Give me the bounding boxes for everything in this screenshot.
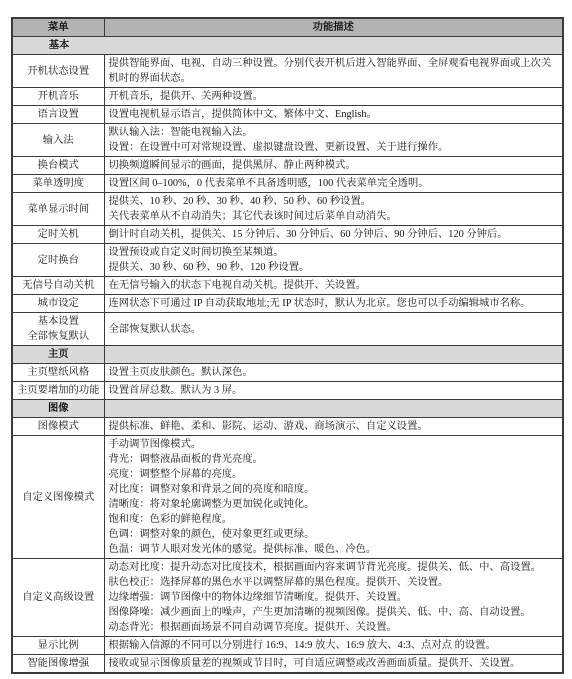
table-body: 基本开机状态设置提供智能界面、电视、自动三种设置。分别代表开机后进入智能界面、全… — [12, 37, 563, 674]
menu-label: 智能图像增强 — [17, 656, 100, 671]
desc-cell: 提供智能界面、电视、自动三种设置。分别代表开机后进入智能界面、全屏观看电视界面或… — [104, 55, 563, 88]
desc-cell: 倒计时自动关机，提供关、15 分钟后、30 分钟后、60 分钟后、90 分钟后、… — [104, 226, 563, 244]
menu-label: 主页要增加的功能 — [17, 383, 100, 398]
desc-line: 开机音乐，提供开、关两种设置。 — [109, 89, 559, 104]
menu-cell: 城市设定 — [12, 295, 104, 313]
desc-cell: 提供关、10 秒、20 秒、30 秒、40 秒、50 秒、60 秒设置。关代表菜… — [104, 193, 563, 226]
desc-cell: 动态对比度：提升动态对比度技术，根据画面内容来调节背光亮度。提供关、低、中、高设… — [104, 559, 563, 637]
desc-line: 默认输入法：智能电视输入法。 — [109, 125, 559, 140]
desc-line: 关代表菜单从不自动消失；其它代表该时间过后菜单自动消失。 — [109, 209, 559, 224]
desc-line: 提供智能界面、电视、自动三种设置。分别代表开机后进入智能界面、全屏观看电视界面或… — [109, 56, 559, 86]
desc-line: 边缘增强：调节图像中的物体边缘细节清晰度。提供开、关设置。 — [109, 590, 559, 605]
section-cell: 基本 — [12, 37, 563, 55]
table-row: 主页要增加的功能设置首屏总数。默认为 3 屏。 — [12, 382, 563, 400]
menu-label: 城市设定 — [17, 296, 100, 311]
table-row: 菜单显示时间提供关、10 秒、20 秒、30 秒、40 秒、50 秒、60 秒设… — [12, 193, 563, 226]
table-row: 开机状态设置提供智能界面、电视、自动三种设置。分别代表开机后进入智能界面、全屏观… — [12, 55, 563, 88]
section-empty-cell — [104, 400, 563, 418]
menu-cell: 定时关机 — [12, 226, 104, 244]
menu-cell: 开机音乐 — [12, 88, 104, 106]
table-row: 主页壁纸风格设置主页皮肤颜色。默认深色。 — [12, 364, 563, 382]
table-row: 自定义图像模式手动调节图像模式。背光：调整液晶面板的背光亮度。亮度：调整整个屏幕… — [12, 436, 563, 559]
manual-page: 菜单 功能描述 基本开机状态设置提供智能界面、电视、自动三种设置。分别代表开机后… — [11, 17, 564, 674]
desc-cell: 设置区间 0–100%，0 代表菜单不具备透明感，100 代表菜单完全透明。 — [104, 175, 563, 193]
desc-line: 对比度：调整对象和背景之间的亮度和暗度。 — [109, 482, 559, 497]
desc-line: 在无信号输入的状态下电视自动关机。提供开、关设置。 — [109, 278, 559, 293]
table-row: 智能图像增强接收或显示图像质量差的视频或节目时，可自适应调整或改善画面质量。提供… — [12, 655, 563, 674]
menu-cell: 定时换台 — [12, 244, 104, 277]
table-row: 显示比例根据输入信源的不同可以分别进行 16:9、14:9 放大、16:9 放大… — [12, 637, 563, 655]
desc-line: 设置电视机显示语言，提供简体中文、繁体中文、English。 — [109, 107, 559, 122]
menu-label: 开机音乐 — [17, 89, 100, 104]
menu-cell: 输入法 — [12, 124, 104, 157]
table-row: 定时关机倒计时自动关机，提供关、15 分钟后、30 分钟后、60 分钟后、90 … — [12, 226, 563, 244]
menu-label: 自定义高级设置 — [17, 590, 100, 605]
table-row: 输入法默认输入法：智能电视输入法。设置：在设置中可对常规设置、虚拟键盘设置、更新… — [12, 124, 563, 157]
menu-label: 全部恢复默认 — [17, 329, 100, 344]
desc-cell: 设置首屏总数。默认为 3 屏。 — [104, 382, 563, 400]
menu-label: 自定义图像模式 — [17, 490, 100, 505]
desc-cell: 设置主页皮肤颜色。默认深色。 — [104, 364, 563, 382]
desc-line: 倒计时自动关机，提供关、15 分钟后、30 分钟后、60 分钟后、90 分钟后、… — [109, 227, 559, 242]
table-header-row: 菜单 功能描述 — [12, 18, 563, 37]
menu-label: 定时关机 — [17, 227, 100, 242]
desc-line: 设置首屏总数。默认为 3 屏。 — [109, 383, 559, 398]
menu-cell: 换台模式 — [12, 157, 104, 175]
menu-cell: 主页要增加的功能 — [12, 382, 104, 400]
desc-line: 设置区间 0–100%，0 代表菜单不具备透明感，100 代表菜单完全透明。 — [109, 176, 559, 191]
table-row: 菜单透明度设置区间 0–100%，0 代表菜单不具备透明感，100 代表菜单完全… — [12, 175, 563, 193]
menu-label: 菜单显示时间 — [17, 202, 100, 217]
menu-label: 主页壁纸风格 — [17, 365, 100, 380]
section-title: 基本 — [13, 38, 105, 53]
menu-cell: 自定义图像模式 — [12, 436, 104, 559]
menu-label: 无信号自动关机 — [17, 278, 100, 293]
menu-label: 菜单透明度 — [17, 176, 100, 191]
desc-line: 设置预设或自定义时间切换至某频道。 — [109, 245, 559, 260]
desc-line: 亮度：调整整个屏幕的亮度。 — [109, 467, 559, 482]
desc-line: 提供关、30 秒、60 秒、90 秒、120 秒设置。 — [109, 260, 559, 275]
section-row: 图像 — [12, 400, 563, 418]
menu-label: 换台模式 — [17, 158, 100, 173]
menu-label: 语言设置 — [17, 107, 100, 122]
section-empty-cell — [104, 346, 563, 364]
desc-line: 清晰度：将对象轮廓调整为更加锐化或钝化。 — [109, 497, 559, 512]
table-row: 自定义高级设置动态对比度：提升动态对比度技术，根据画面内容来调节背光亮度。提供关… — [12, 559, 563, 637]
menu-cell: 无信号自动关机 — [12, 277, 104, 295]
desc-cell: 切换频道瞬间显示的画面，提供黑屏、静止两种模式。 — [104, 157, 563, 175]
table-row: 定时换台设置预设或自定义时间切换至某频道。提供关、30 秒、60 秒、90 秒、… — [12, 244, 563, 277]
desc-line: 动态背光：根据画面场景不同自动调节亮度。提供开、关设置。 — [109, 620, 559, 635]
desc-line: 图像降噪：减少画面上的噪声，产生更加清晰的视频图像。提供关、低、中、高、自动设置… — [109, 605, 559, 620]
section-title: 主页 — [12, 346, 104, 364]
table-row: 城市设定连网状态下可通过 IP 自动获取地址;无 IP 状态时，默认为北京。您也… — [12, 295, 563, 313]
desc-cell: 接收或显示图像质量差的视频或节目时，可自适应调整或改善画面质量。提供开、关设置。 — [104, 655, 563, 674]
menu-label: 输入法 — [17, 133, 100, 148]
menu-cell: 图像模式 — [12, 418, 104, 436]
menu-cell: 开机状态设置 — [12, 55, 104, 88]
table-row: 无信号自动关机在无信号输入的状态下电视自动关机。提供开、关设置。 — [12, 277, 563, 295]
desc-cell: 开机音乐，提供开、关两种设置。 — [104, 88, 563, 106]
menu-label: 显示比例 — [17, 638, 100, 653]
settings-table: 菜单 功能描述 基本开机状态设置提供智能界面、电视、自动三种设置。分别代表开机后… — [11, 17, 564, 674]
desc-line: 饱和度：色彩的鲜艳程度。 — [109, 512, 559, 527]
table-row: 开机音乐开机音乐，提供开、关两种设置。 — [12, 88, 563, 106]
menu-cell: 智能图像增强 — [12, 655, 104, 674]
menu-cell: 基本设置全部恢复默认 — [12, 313, 104, 346]
menu-cell: 主页壁纸风格 — [12, 364, 104, 382]
desc-cell: 在无信号输入的状态下电视自动关机。提供开、关设置。 — [104, 277, 563, 295]
desc-cell: 设置预设或自定义时间切换至某频道。提供关、30 秒、60 秒、90 秒、120 … — [104, 244, 563, 277]
menu-label: 图像模式 — [17, 419, 100, 434]
menu-cell: 菜单透明度 — [12, 175, 104, 193]
desc-line: 手动调节图像模式。 — [109, 437, 559, 452]
desc-cell: 提供标准、鲜艳、柔和、影院、运动、游戏、商场演示、自定义设置。 — [104, 418, 563, 436]
desc-line: 设置主页皮肤颜色。默认深色。 — [109, 365, 559, 380]
header-menu-column: 菜单 — [12, 18, 104, 37]
menu-cell: 显示比例 — [12, 637, 104, 655]
table-row: 图像模式提供标准、鲜艳、柔和、影院、运动、游戏、商场演示、自定义设置。 — [12, 418, 563, 436]
desc-cell: 根据输入信源的不同可以分别进行 16:9、14:9 放大、16:9 放大、4:3… — [104, 637, 563, 655]
desc-line: 动态对比度：提升动态对比度技术，根据画面内容来调节背光亮度。提供关、低、中、高设… — [109, 560, 559, 575]
desc-cell: 手动调节图像模式。背光：调整液晶面板的背光亮度。亮度：调整整个屏幕的亮度。对比度… — [104, 436, 563, 559]
desc-line: 肤色校正：选择屏幕的黑色水平以调整屏幕的黑色程度。提供开、关设置。 — [109, 575, 559, 590]
desc-line: 色调：调整对象的颜色，使对象更红或更绿。 — [109, 527, 559, 542]
header-description-column: 功能描述 — [104, 18, 563, 37]
section-title: 图像 — [12, 400, 104, 418]
menu-cell: 自定义高级设置 — [12, 559, 104, 637]
section-row: 基本 — [12, 37, 563, 55]
desc-cell: 设置电视机显示语言，提供简体中文、繁体中文、English。 — [104, 106, 563, 124]
desc-line: 色温：调节人眼对发光体的感觉。提供标准、暖色、冷色。 — [109, 542, 559, 557]
desc-line: 接收或显示图像质量差的视频或节目时，可自适应调整或改善画面质量。提供开、关设置。 — [109, 656, 559, 671]
desc-line: 提供关、10 秒、20 秒、30 秒、40 秒、50 秒、60 秒设置。 — [109, 194, 559, 209]
section-row: 主页 — [12, 346, 563, 364]
desc-line: 设置：在设置中可对常规设置、虚拟键盘设置、更新设置、关于进行操作。 — [109, 140, 559, 155]
desc-line: 背光：调整液晶面板的背光亮度。 — [109, 452, 559, 467]
desc-cell: 连网状态下可通过 IP 自动获取地址;无 IP 状态时，默认为北京。您也可以手动… — [104, 295, 563, 313]
menu-cell: 菜单显示时间 — [12, 193, 104, 226]
menu-label: 基本设置 — [17, 314, 100, 329]
menu-label: 定时换台 — [17, 253, 100, 268]
table-row: 语言设置设置电视机显示语言，提供简体中文、繁体中文、English。 — [12, 106, 563, 124]
desc-cell: 全部恢复默认状态。 — [104, 313, 563, 346]
menu-label: 开机状态设置 — [17, 64, 100, 79]
desc-line: 切换频道瞬间显示的画面，提供黑屏、静止两种模式。 — [109, 158, 559, 173]
desc-line: 提供标准、鲜艳、柔和、影院、运动、游戏、商场演示、自定义设置。 — [109, 419, 559, 434]
table-row: 换台模式切换频道瞬间显示的画面，提供黑屏、静止两种模式。 — [12, 157, 563, 175]
desc-line: 根据输入信源的不同可以分别进行 16:9、14:9 放大、16:9 放大、4:3… — [109, 638, 559, 653]
desc-line: 连网状态下可通过 IP 自动获取地址;无 IP 状态时，默认为北京。您也可以手动… — [109, 296, 559, 311]
desc-line: 全部恢复默认状态。 — [109, 322, 559, 337]
table-row: 基本设置全部恢复默认全部恢复默认状态。 — [12, 313, 563, 346]
desc-cell: 默认输入法：智能电视输入法。设置：在设置中可对常规设置、虚拟键盘设置、更新设置、… — [104, 124, 563, 157]
menu-cell: 语言设置 — [12, 106, 104, 124]
